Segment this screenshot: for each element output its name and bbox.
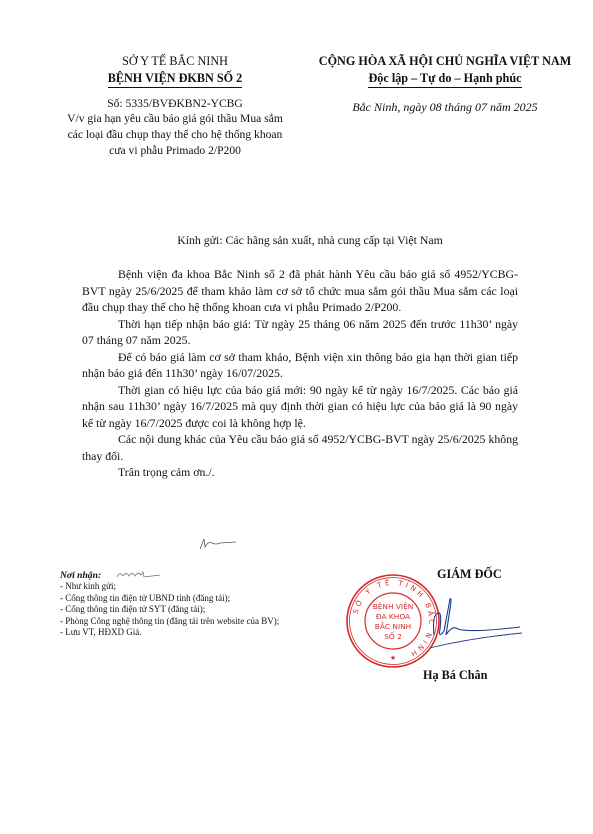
place-date: Bắc Ninh, ngày 08 tháng 07 năm 2025 [300, 100, 590, 114]
body-paragraph: Để có báo giá làm cơ sở tham khảo, Bệnh … [82, 349, 518, 382]
signatory-name: Hạ Bá Chân [423, 668, 487, 683]
svg-text:ĐA KHOA: ĐA KHOA [376, 612, 410, 621]
official-stamp-icon: SỞ Y TẾ TỈNH BẮC NINH BỆNH VIỆN ĐA KHOA … [345, 573, 441, 669]
recipient-item: - Lưu VT, HĐXD Giá. [60, 627, 350, 638]
subject-line: V/v gia hạn yêu cầu báo giá gói thầu Mua… [55, 111, 295, 159]
body-paragraph: Các nội dung khác của Yêu cầu báo giá số… [82, 431, 518, 464]
svg-text:★: ★ [390, 654, 396, 662]
recipient-item: - Như kính gửi; [60, 581, 350, 592]
hospital-name: BỆNH VIỆN ĐKBN SỐ 2 [108, 71, 243, 88]
country-name: CỘNG HÒA XÃ HỘI CHỦ NGHĨA VIỆT NAM [300, 54, 590, 69]
header-right: CỘNG HÒA XÃ HỘI CHỦ NGHĨA VIỆT NAM Độc l… [300, 54, 590, 114]
recipient-item: - Cổng thông tin điện tử SYT (đăng tải); [60, 604, 350, 615]
svg-text:BỆNH VIỆN: BỆNH VIỆN [373, 602, 414, 611]
initials-mark-icon [198, 537, 238, 551]
recipients-title: Nơi nhận: [60, 570, 350, 581]
department-name: SỞ Y TẾ BẮC NINH [55, 54, 295, 69]
svg-text:SỐ 2: SỐ 2 [384, 631, 402, 641]
letter-body: Bệnh viện đa khoa Bắc Ninh số 2 đã phát … [82, 266, 518, 481]
recipient-item: - Cổng thông tin điện tử UBND tỉnh (đăng… [60, 593, 350, 604]
closing-line: Trân trọng cảm ơn./. [82, 464, 518, 481]
svg-text:BẮC NINH: BẮC NINH [375, 621, 411, 631]
addressee: Kính gửi: Các hãng sản xuất, nhà cung cấ… [60, 233, 560, 247]
recipients-block: Nơi nhận: - Như kính gửi; - Cổng thông t… [60, 570, 350, 638]
recipient-item: - Phòng Công nghệ thông tin (đăng tải tr… [60, 616, 350, 627]
body-paragraph: Thời hạn tiếp nhận báo giá: Từ ngày 25 t… [82, 316, 518, 349]
signatory-title: GIÁM ĐỐC [437, 567, 502, 582]
body-paragraph: Thời gian có hiệu lực của báo giá mới: 9… [82, 382, 518, 432]
header-left: SỞ Y TẾ BẮC NINH BỆNH VIỆN ĐKBN SỐ 2 Số:… [55, 54, 295, 159]
handwritten-signature-icon [430, 595, 525, 655]
national-motto: Độc lập – Tự do – Hạnh phúc [368, 71, 521, 88]
body-paragraph: Bệnh viện đa khoa Bắc Ninh số 2 đã phát … [82, 266, 518, 316]
reference-number: Số: 5335/BVĐKBN2-YCBG [55, 97, 295, 111]
initials-mark-icon [116, 569, 161, 579]
